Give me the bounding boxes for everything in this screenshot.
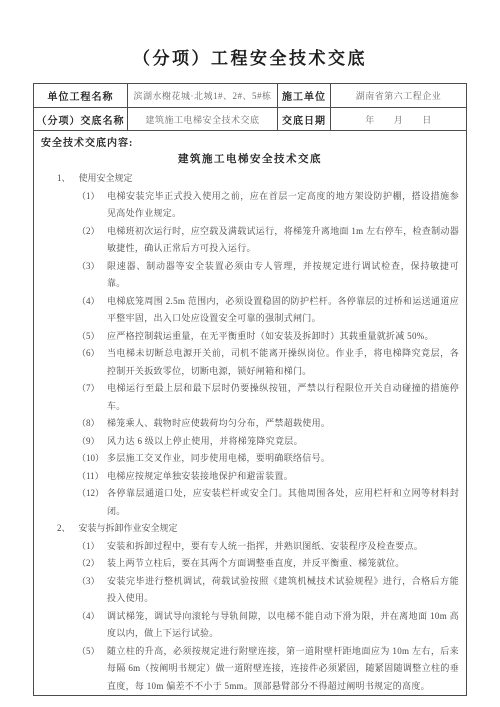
section-number: 1、 bbox=[57, 173, 71, 183]
content-heading: 建筑施工电梯安全技术交底 bbox=[41, 151, 459, 168]
list-item: （6）当电梯未切断总电源开关前，司机不能离开操纵岗位。作业手，将电梯降究竟层，各… bbox=[77, 345, 459, 380]
item-number: （6） bbox=[77, 345, 107, 380]
content-body: 1、使用安全规定（1）电梯安装完毕正式投入使用之前，应在首层一定高度的地方架设防… bbox=[41, 170, 459, 695]
item-number: （9） bbox=[77, 433, 107, 451]
disclosure-name-value: 建筑施工电梯安全技术交底 bbox=[128, 108, 278, 131]
item-number: （2） bbox=[77, 223, 107, 258]
item-text: 应严格控制载运重量，在无平衡重时（如安装及拆卸时）其载重量就折减 50%。 bbox=[107, 328, 459, 346]
item-text: 电梯应按规定单独安装接地保护和避雷装置。 bbox=[107, 468, 459, 486]
item-number: （5） bbox=[77, 328, 107, 346]
item-text: 梯笼乘人、载物时应使载荷均匀分布，严禁超载使用。 bbox=[107, 415, 459, 433]
item-text: 当电梯未切断总电源开关前，司机不能离开操纵岗位。作业手，将电梯降究竟层，各控制开… bbox=[107, 345, 459, 380]
section-number: 2、 bbox=[57, 523, 71, 533]
item-number: （1） bbox=[77, 538, 107, 556]
item-text: 限速器、制动器等安全装置必须由专人管理，并按规定进行调试检查，保持敏捷可靠。 bbox=[107, 258, 459, 293]
list-item: （1）电梯安装完毕正式投入使用之前，应在首层一定高度的地方架设防护棚，搭设措施参… bbox=[77, 188, 459, 223]
item-text: 调试梯笼，调试导向滚轮与导轨间隙，以电梯不能自动下滑为限，并在离地面 10m 高… bbox=[107, 608, 459, 643]
item-number: （10） bbox=[77, 450, 107, 468]
list-item: （5）应严格控制载运重量，在无平衡重时（如安装及拆卸时）其载重量就折减 50%。 bbox=[77, 328, 459, 346]
list-item: （3）安装完毕进行整机调试，荷载试验按照《建筑机械技术试验规程》进行，合格后方能… bbox=[77, 573, 459, 608]
item-number: （3） bbox=[77, 258, 107, 293]
item-number: （12） bbox=[77, 485, 107, 520]
item-text: 电梯班初次运行时，应空载及满载试运行，将梯笼升离地面 1m 左右停车，检查制动器… bbox=[107, 223, 459, 258]
list-item: （2）装上两节立柱后，要在其两个方面调整垂直度，并反平衡重、梯笼就位。 bbox=[77, 555, 459, 573]
list-item: （12）各停靠层通道口处，应安装栏杆或安全门。其他周围各处，应用栏杆和立网等材料… bbox=[77, 485, 459, 520]
item-text: 电梯安装完毕正式投入使用之前，应在首层一定高度的地方架设防护棚，搭设措施参见高处… bbox=[107, 188, 459, 223]
item-text: 电梯底笼周围 2.5m 范围内，必须设置稳固的防护栏杆。各停靠层的过桥和运送通道… bbox=[107, 293, 459, 328]
construction-unit-label: 施工单位 bbox=[278, 84, 331, 108]
item-text: 装上两节立柱后，要在其两个方面调整垂直度，并反平衡重、梯笼就位。 bbox=[107, 555, 459, 573]
section-title: 1、使用安全规定 bbox=[57, 170, 459, 188]
item-number: （1） bbox=[77, 188, 107, 223]
item-text: 电梯运行至最上层和最下层时仍要操纵按钮，严禁以行程限位开关自动碰撞的措施停车。 bbox=[107, 380, 459, 415]
section-title: 2、安装与拆卸作业安全规定 bbox=[57, 520, 459, 538]
disclosure-info-table: 单位工程名称 滨湖水榭花城·北城1#、2#、5#栋 施工单位 湖南省第六工程企业… bbox=[33, 83, 467, 696]
list-item: （11）电梯应按规定单独安装接地保护和避雷装置。 bbox=[77, 468, 459, 486]
item-text: 风力达 6 级以上停止使用，并将梯笼降究竟层。 bbox=[107, 433, 459, 451]
disclosure-content-cell: 安全技术交底内容: 建筑施工电梯安全技术交底 1、使用安全规定（1）电梯安装完毕… bbox=[34, 131, 467, 696]
table-row: 安全技术交底内容: 建筑施工电梯安全技术交底 1、使用安全规定（1）电梯安装完毕… bbox=[34, 131, 467, 696]
page-title: （分项）工程安全技术交底 bbox=[0, 44, 500, 69]
list-item: （10）多层施工交叉作业，同步使用电梯，要明确联络信号。 bbox=[77, 450, 459, 468]
item-text: 多层施工交叉作业，同步使用电梯，要明确联络信号。 bbox=[107, 450, 459, 468]
item-number: （2） bbox=[77, 555, 107, 573]
disclosure-date-label: 交底日期 bbox=[278, 108, 331, 131]
item-text: 安装完毕进行整机调试，荷载试验按照《建筑机械技术试验规程》进行，合格后方能投入使… bbox=[107, 573, 459, 608]
disclosure-name-label: （分项）交底名称 bbox=[34, 108, 128, 131]
list-item: （4）电梯底笼周围 2.5m 范围内，必须设置稳固的防护栏杆。各停靠层的过桥和运… bbox=[77, 293, 459, 328]
content-section-label: 安全技术交底内容: bbox=[41, 136, 459, 151]
item-number: （8） bbox=[77, 415, 107, 433]
disclosure-date-value: 年 月 日 bbox=[331, 108, 467, 131]
list-item: （7）电梯运行至最上层和最下层时仍要操纵按钮，严禁以行程限位开关自动碰撞的措施停… bbox=[77, 380, 459, 415]
item-number: （3） bbox=[77, 573, 107, 608]
list-item: （2）电梯班初次运行时，应空载及满载试运行，将梯笼升离地面 1m 左右停车，检查… bbox=[77, 223, 459, 258]
item-number: （7） bbox=[77, 380, 107, 415]
list-item: （5）随立柱的升高，必须按规定进行附壁连接，第一道附壁杆距地面应为 10m 左右… bbox=[77, 643, 459, 696]
section-title-text: 使用安全规定 bbox=[79, 173, 133, 183]
section-title-text: 安装与拆卸作业安全规定 bbox=[79, 523, 178, 533]
list-item: （4）调试梯笼，调试导向滚轮与导轨间隙，以电梯不能自动下滑为限，并在离地面 10… bbox=[77, 608, 459, 643]
item-number: （11） bbox=[77, 468, 107, 486]
table-row: 单位工程名称 滨湖水榭花城·北城1#、2#、5#栋 施工单位 湖南省第六工程企业 bbox=[34, 84, 467, 108]
list-item: （8）梯笼乘人、载物时应使载荷均匀分布，严禁超载使用。 bbox=[77, 415, 459, 433]
list-item: （1）安装和拆卸过程中，要有专人统一指挥，并熟识图纸、安装程序及检查要点。 bbox=[77, 538, 459, 556]
construction-unit-value: 湖南省第六工程企业 bbox=[331, 84, 467, 108]
table-row: （分项）交底名称 建筑施工电梯安全技术交底 交底日期 年 月 日 bbox=[34, 108, 467, 131]
item-number: （5） bbox=[77, 643, 107, 696]
item-number: （4） bbox=[77, 293, 107, 328]
item-number: （4） bbox=[77, 608, 107, 643]
list-item: （3）限速器、制动器等安全装置必须由专人管理，并按规定进行调试检查，保持敏捷可靠… bbox=[77, 258, 459, 293]
unit-project-name-value: 滨湖水榭花城·北城1#、2#、5#栋 bbox=[128, 84, 278, 108]
item-text: 各停靠层通道口处，应安装栏杆或安全门。其他周围各处，应用栏杆和立网等材料封闭。 bbox=[107, 485, 459, 520]
unit-project-name-label: 单位工程名称 bbox=[34, 84, 128, 108]
item-text: 随立柱的升高，必须按规定进行附壁连接，第一道附壁杆距地面应为 10m 左右，后来… bbox=[107, 643, 459, 696]
list-item: （9）风力达 6 级以上停止使用，并将梯笼降究竟层。 bbox=[77, 433, 459, 451]
item-text: 安装和拆卸过程中，要有专人统一指挥，并熟识图纸、安装程序及检查要点。 bbox=[107, 538, 459, 556]
